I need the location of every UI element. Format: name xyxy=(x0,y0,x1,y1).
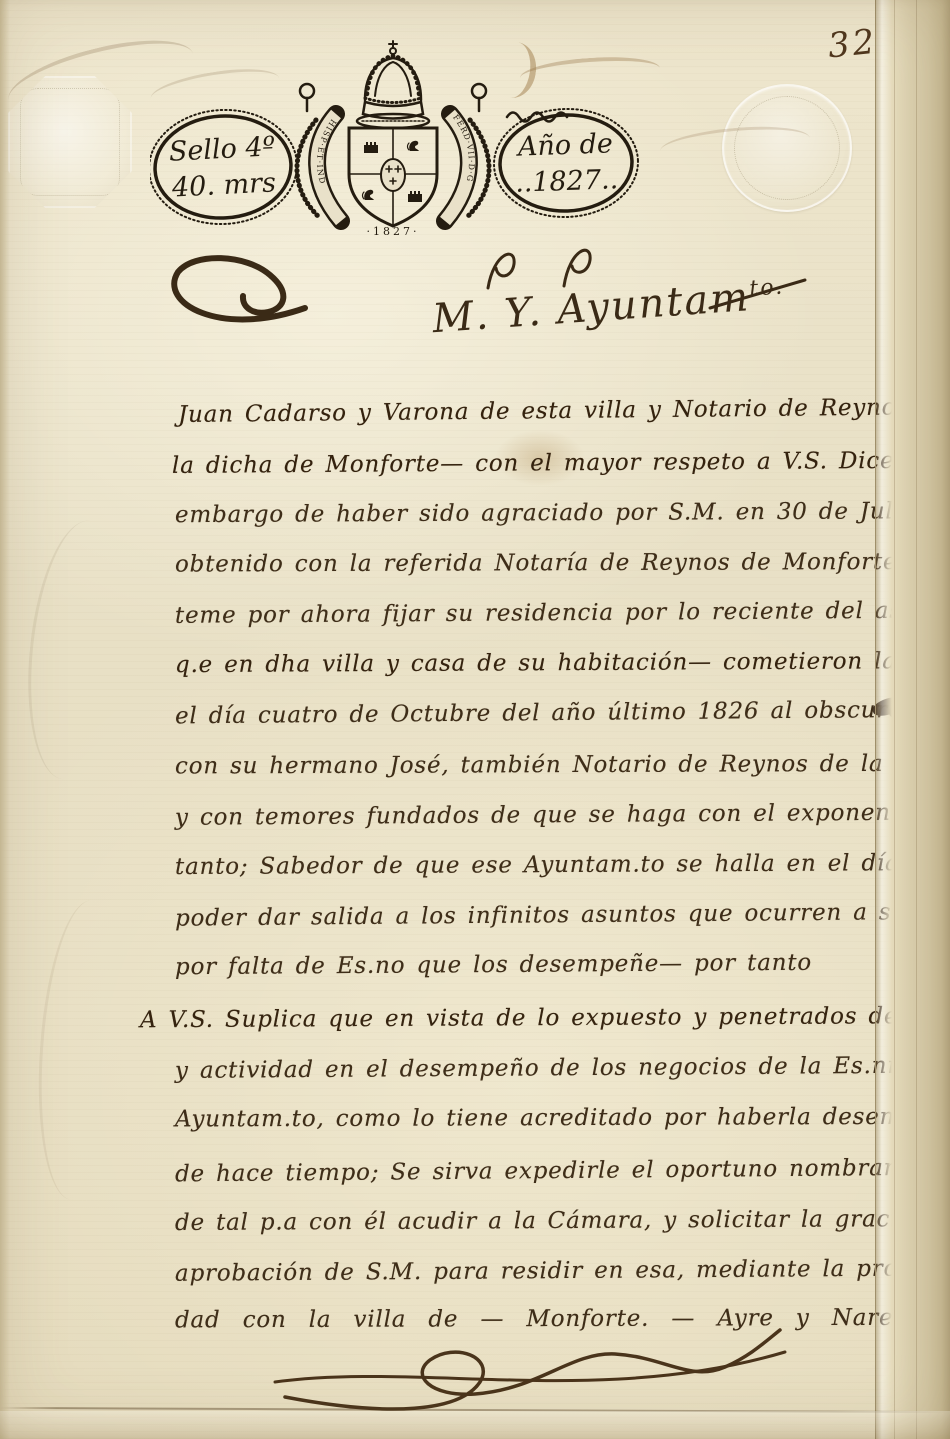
binding-crease xyxy=(916,0,917,1439)
embossed-seal-octagon-inner xyxy=(20,88,120,196)
manuscript-line: Juan Cadarso y Varona de esta villa y No… xyxy=(178,394,950,428)
crown-icon xyxy=(357,41,429,128)
manuscript-line-salutation: A V.S. Suplica que en vista de lo expues… xyxy=(140,1003,950,1034)
manuscript-page: 32 Sello 4º 40. mrs Año de ..1827.. xyxy=(0,0,950,1439)
manuscript-line: con su hermano José, también Notario de … xyxy=(175,751,950,780)
heading-superscript: to. xyxy=(749,274,785,301)
manuscript-line: q.e en dha villa y casa de su habitación… xyxy=(175,648,950,678)
stamp-denomination: Sello 4º xyxy=(168,131,276,168)
manuscript-line: de tal p.a con él acudir a la Cámara, y … xyxy=(175,1206,938,1236)
bottom-fold-shadow xyxy=(0,1411,950,1439)
manuscript-line: poder dar salida a los infinitos asuntos… xyxy=(175,898,950,931)
castle-icon xyxy=(364,142,378,153)
manuscript-line: por falta de Es.no que los desempeñe— po… xyxy=(175,950,812,980)
manuscript-line: Ayuntam.to, como lo tiene acreditado por… xyxy=(175,1104,950,1133)
stamp-right-oval: Año de ..1827.. xyxy=(492,107,640,220)
manuscript-line: y con temores fundados de que se haga co… xyxy=(175,799,950,831)
ink-showthrough xyxy=(30,897,134,1202)
manuscript-line: el día cuatro de Octubre del año último … xyxy=(175,697,943,730)
lion-icon xyxy=(408,141,420,151)
coat-of-arms xyxy=(349,128,437,226)
embossed-seal-circle-inner xyxy=(734,96,840,200)
embossed-seal-octagon xyxy=(8,76,132,208)
ink-showthrough xyxy=(17,516,137,784)
manuscript-line: y actividad en el desempeño de los negoc… xyxy=(175,1052,950,1084)
manuscript-line: tanto; Sabedor de que ese Ayuntam.to se … xyxy=(175,850,947,880)
binding-edge xyxy=(875,0,950,1439)
manuscript-line: embargo de haber sido agraciado por S.M.… xyxy=(175,498,950,528)
binding-crease xyxy=(894,0,895,1439)
manuscript-line: aprobación de S.M. para residir en esa, … xyxy=(175,1255,950,1286)
castle-icon xyxy=(408,191,422,202)
stamp-left-oval: Sello 4º 40. mrs xyxy=(150,106,300,228)
lion-icon xyxy=(363,190,375,200)
manuscript-line: de hace tiempo; Se sirva expedirle el op… xyxy=(175,1155,939,1188)
stamp-year-value: ..1827.. xyxy=(515,164,619,199)
tax-stamp: Sello 4º 40. mrs Año de ..1827.. xyxy=(150,22,640,237)
stamp-year-label: Año de xyxy=(514,128,613,162)
manuscript-line: obtenido con la referida Notaría de Reyn… xyxy=(175,549,950,578)
folio-number: 32 xyxy=(826,22,879,67)
page-left-edge xyxy=(0,0,10,1439)
manuscript-line: la dicha de Monforte— con el mayor respe… xyxy=(172,447,950,479)
manuscript-line: teme por ahora fijar su residencia por l… xyxy=(175,597,950,629)
stamp-denomination-value: 40. mrs xyxy=(170,167,276,203)
embossed-seal-circle xyxy=(722,84,852,212)
